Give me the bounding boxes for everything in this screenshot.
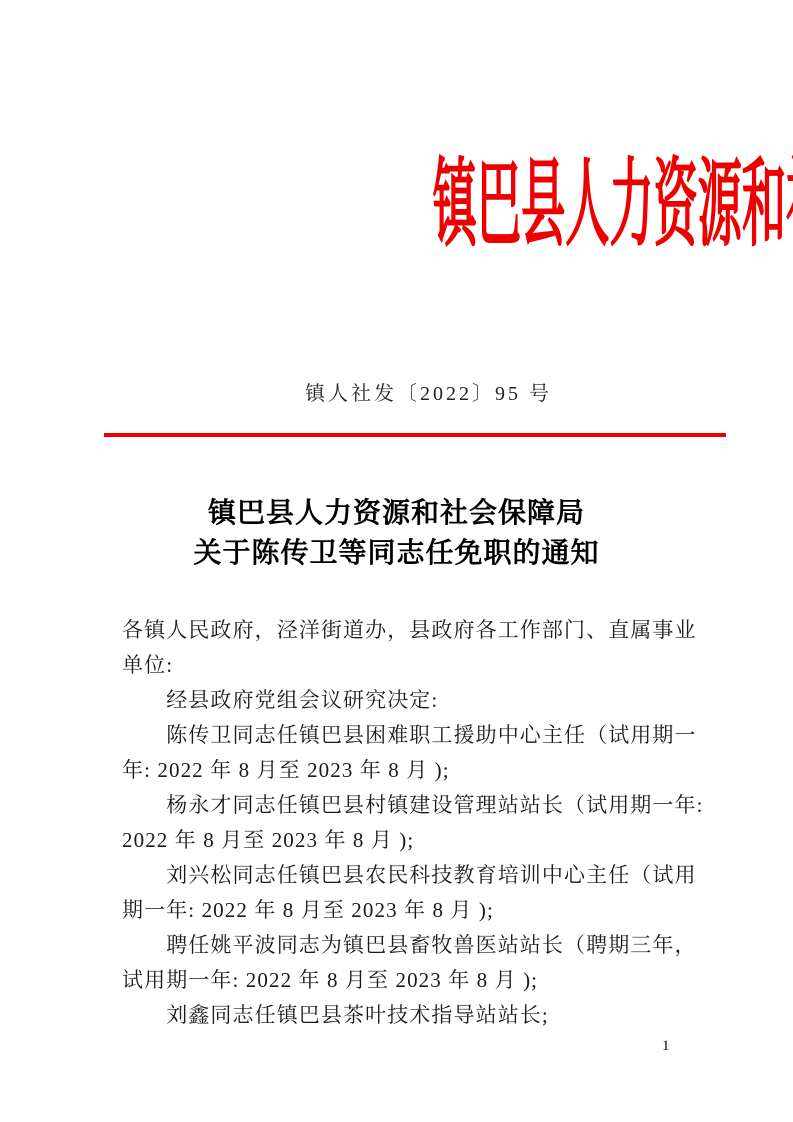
document-title-line2: 关于陈传卫等同志任免职的通知 [0,534,793,574]
document-title: 镇巴县人力资源和社会保障局 关于陈传卫等同志任免职的通知 [0,494,793,574]
body-line: 刘兴松同志任镇巴县农民科技教育培训中心主任（试用 [122,858,718,893]
document-body: 各镇人民政府，泾洋街道办，县政府各工作部门、直属事业 单位: 经县政府党组会议研… [122,613,718,1033]
body-line: 杨永才同志任镇巴县村镇建设管理站站长（试用期一年: [122,788,718,823]
body-line: 陈传卫同志任镇巴县困难职工援助中心主任（试用期一 [122,718,718,753]
body-line: 2022 年 8 月至 2023 年 8 月 ); [122,823,718,858]
document-number-row: 镇人社发〔2022〕95 号 [0,381,793,407]
document-number: 镇人社发〔2022〕95 号 [305,381,552,407]
page-number: 1 [662,1038,670,1055]
agency-banner-text: 镇巴县人力资源和社会保障局文件 [433,156,793,254]
document-page: 镇巴县人力资源和社会保障局文件 镇人社发〔2022〕95 号 镇巴县人力资源和社… [0,0,793,1122]
document-title-line1: 镇巴县人力资源和社会保障局 [0,494,793,534]
body-line: 期一年: 2022 年 8 月至 2023 年 8 月 ); [122,893,718,928]
body-line: 年: 2022 年 8 月至 2023 年 8 月 ); [122,753,718,788]
body-line: 试用期一年: 2022 年 8 月至 2023 年 8 月 ); [122,963,718,998]
body-line: 各镇人民政府，泾洋街道办，县政府各工作部门、直属事业 [122,613,718,648]
body-line: 聘任姚平波同志为镇巴县畜牧兽医站站长（聘期三年， [122,928,718,963]
body-line: 刘鑫同志任镇巴县茶叶技术指导站站长; [122,998,718,1033]
red-header-banner: 镇巴县人力资源和社会保障局文件 [0,156,793,256]
body-line: 单位: [122,648,718,683]
body-line: 经县政府党组会议研究决定: [122,683,718,718]
red-divider-line [104,433,726,437]
